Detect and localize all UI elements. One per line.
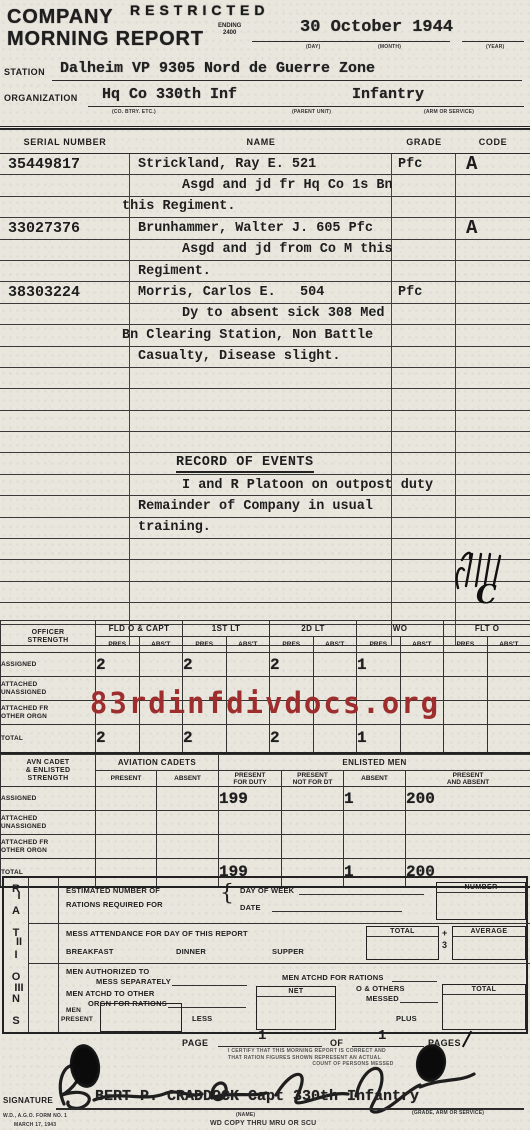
roster-cell-name [130, 560, 392, 580]
year-sublabel: (YEAR) [486, 44, 504, 50]
page-number: 1 [258, 1028, 266, 1044]
roster-cell-grade [392, 496, 456, 516]
roster-cell-name: Asgd and jd from Co M this [130, 240, 392, 260]
mess-total-box: TOTAL [366, 926, 439, 960]
roster-cell-code [456, 368, 530, 388]
roster-header-row: SERIAL NUMBER NAME GRADE CODE [0, 129, 530, 154]
station-underline [52, 80, 522, 81]
code-header: CODE [456, 137, 530, 147]
roster-row [0, 560, 530, 581]
roster-cell-name [130, 389, 392, 409]
estimated-rations-line1: ESTIMATED NUMBER OF [66, 886, 160, 895]
roster-cell-grade [392, 432, 456, 452]
name-header: NAME [130, 137, 392, 147]
roster-cell-grade [392, 240, 456, 260]
roster-cell-serial [0, 261, 130, 281]
less-label: LESS [192, 1014, 212, 1023]
roster-row: Bn Clearing Station, Non Battle [0, 325, 530, 346]
enlisted-strength-table: AVN CADET & ENLISTED STRENGTHAVIATION CA… [0, 754, 530, 888]
organization-unit: Hq Co 330th Inf [102, 86, 237, 103]
roster-cell-serial [0, 560, 130, 580]
rations-numeral-2: II [4, 936, 34, 948]
roster-cell-code [456, 197, 530, 217]
roster-cell-serial [0, 240, 130, 260]
roster-cell-serial [0, 582, 130, 602]
roster-row: this Regiment. [0, 197, 530, 218]
roster-cell-grade [392, 218, 456, 238]
rations-vertical-letter: N [12, 993, 20, 1005]
roster-cell-grade: Pfc [392, 282, 456, 302]
roster-cell-code [456, 432, 530, 452]
parent-unit-sublabel: (PARENT UNIT) [292, 109, 331, 115]
roster-body: 35449817Strickland, Ray E. 521PfcAAsgd a… [0, 154, 530, 646]
roster-cell-code [456, 175, 530, 195]
men-atchd-rations-blank [392, 981, 437, 982]
enlisted-strength-section: AVN CADET & ENLISTED STRENGTHAVIATION CA… [0, 754, 530, 888]
roster-cell-serial [0, 197, 130, 217]
morning-report-document: COMPANY MORNING REPORT RESTRICTED ENDING… [0, 0, 530, 1130]
men-present-line1: MEN [66, 1007, 81, 1014]
others-messed-blank [400, 1002, 438, 1003]
men-present-line2: PRESENT [61, 1016, 93, 1023]
roster-cell-code [456, 453, 530, 473]
roster-cell-name [130, 539, 392, 559]
roster-cell-name: Bn Clearing Station, Non Battle [130, 325, 392, 345]
men-authorized-line2: MESS SEPARATELY [96, 977, 171, 986]
form-number: W.D., A.G.O. FORM NO. 1 [3, 1113, 67, 1119]
average-box-label: AVERAGE [453, 927, 525, 937]
roster-cell-name: Morris, Carlos E. 504 [130, 282, 392, 302]
roster-cell-name: Dy to absent sick 308 Med [130, 304, 392, 324]
roster-cell-code [456, 347, 530, 367]
signature-label: SIGNATURE [3, 1096, 53, 1105]
day-of-week-blank [299, 894, 424, 895]
roster-cell-code: A [456, 218, 530, 238]
date-blank [272, 911, 402, 912]
others-messed-line2: MESSED [366, 994, 399, 1003]
mess-attendance-label: MESS ATTENDANCE FOR DAY OF THIS REPORT [66, 929, 248, 938]
roster-cell-name: I and R Platoon on outpost duty [130, 475, 392, 495]
plus-label: PLUS [396, 1014, 417, 1023]
roster-cell-name: Asgd and jd fr Hq Co 1s Bn [130, 175, 392, 195]
roster-cell-serial [0, 325, 130, 345]
date-underline [252, 41, 450, 42]
roster-cell-name: Casualty, Disease slight. [130, 347, 392, 367]
roster-cell-serial [0, 453, 130, 473]
roster-cell-code [456, 475, 530, 495]
roster-row: Dy to absent sick 308 Med [0, 304, 530, 325]
roster-cell-code [456, 240, 530, 260]
roster-row [0, 539, 530, 560]
estimated-rations-line2: RATIONS REQUIRED FOR [66, 900, 163, 909]
brace-glyph: { [220, 881, 234, 906]
roster-cell-grade [392, 261, 456, 281]
station-value: Dalheim VP 9305 Nord de Guerre Zone [60, 60, 375, 77]
rations-divider-2 [28, 963, 530, 964]
roster-cell-name: this Regiment. [130, 197, 392, 217]
supper-label: SUPPER [272, 947, 304, 956]
roster-cell-grade [392, 453, 456, 473]
total-pages-number: 1 [378, 1028, 386, 1044]
roster-cell-code [456, 496, 530, 516]
roster-cell-serial [0, 175, 130, 195]
station-label: STATION [4, 67, 45, 77]
name-sublabel: (NAME) [236, 1112, 255, 1118]
report-date: 30 October 1944 [300, 18, 453, 37]
roster-row: 35449817Strickland, Ray E. 521PfcA [0, 154, 530, 175]
roster-cell-grade [392, 560, 456, 580]
roster-cell-name: RECORD OF EVENTS [130, 453, 392, 473]
day-sublabel: (DAY) [306, 44, 320, 50]
year-underline [462, 41, 524, 42]
divide-sign-top: + [442, 928, 447, 938]
date-label: DATE [240, 903, 261, 912]
roster-cell-serial [0, 432, 130, 452]
roster-cell-grade [392, 582, 456, 602]
rations-numeral-1: I [4, 890, 34, 902]
roster-cell-name: Strickland, Ray E. 521 [130, 154, 392, 174]
divide-sign-bottom: 3 [442, 940, 447, 950]
roster-cell-code [456, 325, 530, 345]
roster-row: I and R Platoon on outpost duty [0, 475, 530, 496]
roster-cell-name: training. [130, 518, 392, 538]
typed-signature-name: BERT P. CRADDOCK Capt 330th Infantry [95, 1088, 419, 1105]
form-title-line2: MORNING REPORT [7, 28, 204, 50]
roster-cell-code [456, 389, 530, 409]
number-box: NUMBER [436, 882, 526, 920]
serial-number-header: SERIAL NUMBER [0, 137, 130, 147]
number-box-label: NUMBER [437, 883, 525, 893]
roster-cell-code: A [456, 154, 530, 174]
form-date: MARCH 17, 1943 [14, 1122, 56, 1128]
men-atchd-rations-label: MEN ATCHD FOR RATIONS [282, 973, 384, 982]
roster-cell-serial: 33027376 [0, 218, 130, 238]
watermark-text: 83rdinfdivdocs.org [0, 686, 530, 720]
roster-cell-grade [392, 368, 456, 388]
rations-divider-1 [28, 923, 530, 924]
rations-total-box-label: TOTAL [443, 985, 525, 995]
month-sublabel: (MONTH) [378, 44, 401, 50]
roster-row [0, 432, 530, 453]
roster-cell-serial [0, 475, 130, 495]
roster-row: training. [0, 518, 530, 539]
roster-cell-name [130, 432, 392, 452]
rations-vertical-letter: A [12, 905, 20, 917]
rations-total-box: TOTAL [442, 984, 526, 1030]
dinner-label: DINNER [176, 947, 206, 956]
mess-separately-blank [172, 985, 247, 986]
roster-cell-grade [392, 411, 456, 431]
roster-cell-code [456, 304, 530, 324]
roster-cell-code [456, 261, 530, 281]
men-present-box [100, 1003, 182, 1032]
roster-row [0, 368, 530, 389]
day-of-week-label: DAY OF WEEK [240, 886, 294, 895]
restricted-stamp: RESTRICTED [130, 2, 269, 18]
rations-numeral-3: III [4, 982, 34, 994]
roster-cell-serial [0, 539, 130, 559]
roster-row [0, 411, 530, 432]
net-box: NET [256, 986, 336, 1030]
roster-row: RECORD OF EVENTS [0, 453, 530, 474]
ending-label-line2: 2400 [218, 30, 241, 37]
roster-cell-serial [0, 347, 130, 367]
grade-arm-sublabel: (GRADE, ARM OR SERVICE) [412, 1110, 484, 1116]
copy-routing-note: WD COPY THRU MRU OR SCU [210, 1120, 316, 1127]
breakfast-label: BREAKFAST [66, 947, 114, 956]
roster-cell-serial: 38303224 [0, 282, 130, 302]
roster-cell-name [130, 368, 392, 388]
roster-cell-name [130, 411, 392, 431]
total-pages-blank [352, 1046, 424, 1047]
roster-cell-grade [392, 389, 456, 409]
of-label: OF [330, 1038, 343, 1048]
roster-cell-name: Regiment. [130, 261, 392, 281]
grade-header: GRADE [392, 137, 456, 147]
roster-cell-serial [0, 496, 130, 516]
atchd-other-line1: MEN ATCHD TO OTHER [66, 989, 154, 998]
roster-row: Regiment. [0, 261, 530, 282]
roster-cell-grade [392, 518, 456, 538]
ending-label-line1: ENDING [218, 23, 241, 30]
roster-cell-grade [392, 347, 456, 367]
roster-cell-serial [0, 368, 130, 388]
roster-row: 33027376Brunhammer, Walter J. 605 PfcA [0, 218, 530, 239]
rations-section: RATIONS I II III ESTIMATED NUMBER OF RAT… [2, 876, 528, 1034]
roster-cell-serial [0, 411, 130, 431]
roster-cell-grade [392, 539, 456, 559]
roster-cell-grade [392, 325, 456, 345]
roster-cell-code [456, 411, 530, 431]
mess-total-box-label: TOTAL [367, 927, 438, 937]
roster-cell-name: Brunhammer, Walter J. 605 Pfc [130, 218, 392, 238]
roster-cell-code [456, 518, 530, 538]
rations-vertical-letter: S [12, 1015, 19, 1027]
roster-cell-serial [0, 304, 130, 324]
roster-row: Asgd and jd from Co M this [0, 240, 530, 261]
roster-row [0, 582, 530, 603]
roster-cell-serial: 35449817 [0, 154, 130, 174]
page-number-blank [218, 1046, 322, 1047]
unit-sublabel: (CO. BTRY. ETC.) [112, 109, 156, 115]
organization-arm: Infantry [352, 86, 424, 103]
roster-cell-grade: Pfc [392, 154, 456, 174]
others-messed-line1: O & OTHERS [356, 984, 405, 993]
roster-cell-serial [0, 389, 130, 409]
men-authorized-line1: MEN AUTHORIZED TO [66, 967, 149, 976]
form-title-line1: COMPANY [7, 6, 113, 28]
roster-cell-grade [392, 197, 456, 217]
organization-underline [88, 106, 524, 107]
arm-service-sublabel: (ARM OR SERVICE) [424, 109, 474, 115]
roster-row: 38303224Morris, Carlos E. 504Pfc [0, 282, 530, 303]
roster-row [0, 389, 530, 410]
net-box-label: NET [257, 987, 335, 997]
roster-cell-code [456, 282, 530, 302]
roster-cell-serial [0, 518, 130, 538]
page-label: PAGE [182, 1038, 208, 1048]
average-box: AVERAGE [452, 926, 526, 960]
roster-row: Remainder of Company in usual [0, 496, 530, 517]
roster-row: Asgd and jd fr Hq Co 1s Bn [0, 175, 530, 196]
roster-cell-grade [392, 475, 456, 495]
roster-cell-grade [392, 304, 456, 324]
roster-row: Casualty, Disease slight. [0, 347, 530, 368]
roster-cell-name [130, 582, 392, 602]
organization-label: ORGANIZATION [4, 93, 78, 103]
roster-cell-grade [392, 175, 456, 195]
roster-cell-name: Remainder of Company in usual [130, 496, 392, 516]
rations-vertical-letter: I [14, 949, 17, 961]
handwritten-letter-c: C [476, 580, 497, 610]
roster-table: SERIAL NUMBER NAME GRADE CODE 35449817St… [0, 126, 530, 646]
